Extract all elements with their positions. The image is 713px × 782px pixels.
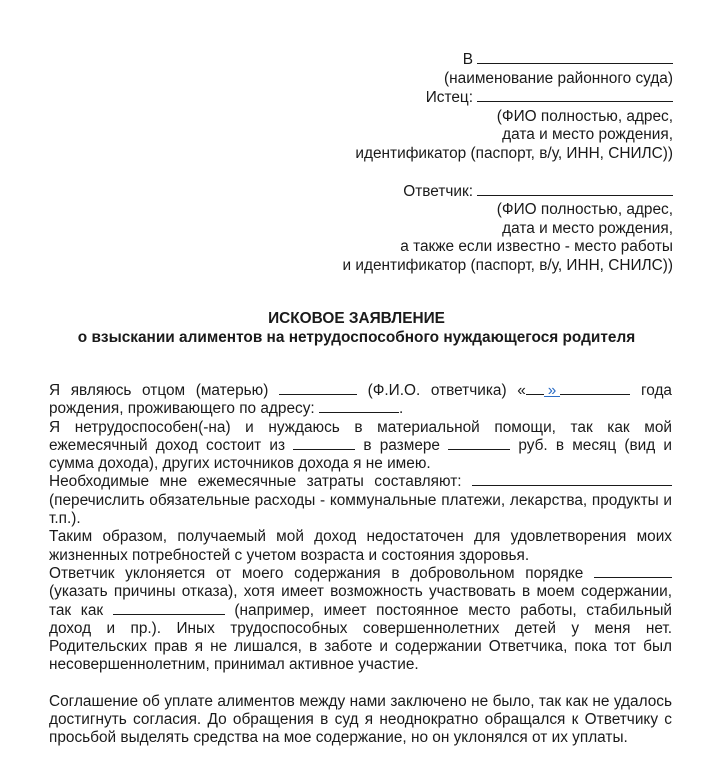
respondent-blank[interactable] <box>477 182 673 196</box>
paragraph-evasion: Ответчик уклоняется от моего содержания … <box>49 565 672 675</box>
text: . <box>399 400 403 417</box>
plaintiff-line: Истец: <box>253 88 673 108</box>
plaintiff-hint-1: (ФИО полностью, адрес, <box>253 108 673 127</box>
income-source-blank[interactable] <box>293 437 355 450</box>
document-title: ИСКОВОЕ ЗАЯВЛЕНИЕ о взыскании алиментов … <box>40 309 673 347</box>
relation-blank[interactable] <box>279 382 357 395</box>
birth-date-blank[interactable] <box>560 382 630 395</box>
paragraph-expenses: Необходимые мне ежемесячные затраты сост… <box>49 473 672 528</box>
plaintiff-hint-3: идентификатор (паспорт, в/у, ИНН, СНИЛС)… <box>253 145 673 164</box>
court-hint: (наименование районного суда) <box>253 70 673 89</box>
paragraph-agreement: Соглашение об уплате алиментов между нам… <box>49 693 672 748</box>
title-sub: о взыскании алиментов на нетрудоспособно… <box>40 328 673 347</box>
respondent-hint-3: а также если известно - место работы <box>253 238 673 257</box>
ability-blank[interactable] <box>113 602 225 615</box>
quote-close[interactable]: » <box>544 382 561 397</box>
plaintiff-label: Истец: <box>426 89 473 106</box>
respondent-hint-2: дата и место рождения, <box>253 220 673 239</box>
paragraph-income: Я нетрудоспособен(-на) и нуждаюсь в мате… <box>49 419 672 474</box>
court-header: В (наименование районного суда) Истец: (… <box>253 50 673 276</box>
refusal-reason-blank[interactable] <box>594 565 672 578</box>
paragraph-relation: Я являюсь отцом (матерью) (Ф.И.О. ответч… <box>49 382 672 419</box>
respondent-label: Ответчик: <box>403 183 473 200</box>
plaintiff-blank[interactable] <box>477 88 673 102</box>
paragraph-insufficient: Таким образом, получаемый мой доход недо… <box>49 528 672 565</box>
respondent-hint-1: (ФИО полностью, адрес, <box>253 201 673 220</box>
address-blank[interactable] <box>319 400 399 413</box>
document-body: Я являюсь отцом (матерью) (Ф.И.О. ответч… <box>49 382 672 748</box>
plaintiff-hint-2: дата и место рождения, <box>253 126 673 145</box>
text: в размере <box>363 437 440 454</box>
title-main: ИСКОВОЕ ЗАЯВЛЕНИЕ <box>40 309 673 328</box>
to-prefix: В <box>463 51 473 68</box>
respondent-hint-4: и идентификатор (паспорт, в/у, ИНН, СНИЛ… <box>253 257 673 276</box>
spacer <box>49 675 672 693</box>
text: (Ф.И.О. ответчика) « <box>368 382 526 399</box>
income-amount-blank[interactable] <box>448 437 510 450</box>
text: (перечислить обязательные расходы - комм… <box>49 492 672 527</box>
text: Я являюсь отцом (матерью) <box>49 382 268 399</box>
respondent-line: Ответчик: <box>253 182 673 202</box>
day-blank[interactable] <box>526 382 544 395</box>
court-line: В <box>253 50 673 70</box>
text: Необходимые мне ежемесячные затраты сост… <box>49 473 462 490</box>
expenses-blank[interactable] <box>472 473 672 486</box>
court-name-blank[interactable] <box>477 50 673 64</box>
text: Ответчик уклоняется от моего содержания … <box>49 565 583 582</box>
